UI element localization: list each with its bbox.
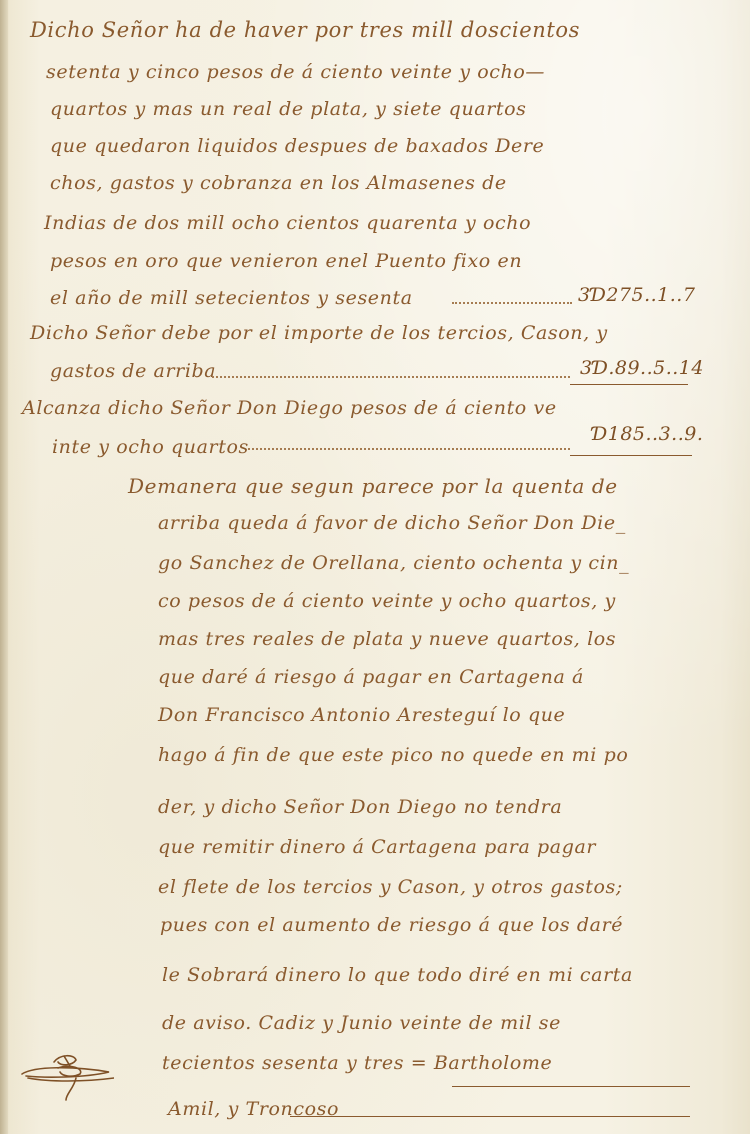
entry-debe-line-2: gastos de arriba (50, 360, 216, 382)
signature-underline (452, 1086, 690, 1087)
entry-debe-line-1: Dicho Señor debe por el importe de los t… (30, 322, 608, 344)
total-rule (570, 455, 692, 456)
amount-alcance: Ɗ185..3..9. (592, 423, 703, 445)
paragraph-line-10: que remitir dinero á Cartagena para paga… (158, 836, 596, 858)
paragraph-line-13: le Sobrará dinero lo que todo diré en mi… (162, 964, 633, 986)
paragraph-line-3: go Sanchez de Orellana, ciento ochenta y… (158, 552, 629, 574)
paragraph-line-2: arriba queda á favor de dicho Señor Don … (158, 512, 626, 534)
paragraph-line-8: hago á fin de que este pico no quede en … (158, 744, 628, 766)
entry-haber-line-3: quartos y mas un real de plata, y siete … (50, 98, 527, 120)
leader-dots (212, 376, 570, 378)
amount-haber: 3Ɗ275..1..7 (578, 284, 695, 306)
binding-edge (0, 0, 8, 1134)
entry-haber-line-6: Indias de dos mill ocho cientos quarenta… (44, 212, 531, 234)
signature-underline-2 (290, 1116, 690, 1117)
entry-haber-line-4: que quedaron liquidos despues de baxados… (50, 135, 544, 157)
leader-dots (452, 302, 572, 304)
entry-alcance-line-2: inte y ocho quartos (52, 436, 249, 458)
paragraph-line-11: el flete de los tercios y Cason, y otros… (158, 876, 623, 898)
manuscript-page: Dicho Señor ha de haver por tres mill do… (0, 0, 750, 1134)
paragraph-line-14: de aviso. Cadiz y Junio veinte de mil se (162, 1012, 561, 1034)
entry-haber-line-7: pesos en oro que venieron enel Puento fi… (50, 250, 522, 272)
entry-alcance-line-1: Alcanza dicho Señor Don Diego pesos de á… (22, 397, 557, 419)
paragraph-line-7: Don Francisco Antonio Aresteguí lo que (158, 704, 565, 726)
paragraph-line-6: que daré á riesgo á pagar en Cartagena á (158, 666, 584, 688)
entry-haber-line-5: chos, gastos y cobranza en los Almasenes… (50, 172, 507, 194)
paragraph-line-15: tecientos sesenta y tres = Bartholome (162, 1052, 552, 1074)
amount-debe: 3Ɗ.89..5..14 (580, 357, 704, 379)
paragraph-line-12: pues con el aumento de riesgo á que los … (160, 914, 623, 936)
paragraph-line-5: mas tres reales de plata y nueve quartos… (158, 628, 616, 650)
paragraph-line-4: co pesos de á ciento veinte y ocho quart… (158, 590, 616, 612)
entry-haber-line-8: el año de mill setecientos y sesenta (50, 287, 413, 309)
paragraph-line-9: der, y dicho Señor Don Diego no tendra (158, 796, 562, 818)
sum-rule (570, 384, 688, 385)
signature-flourish-icon (14, 1048, 114, 1108)
leader-dots (248, 448, 570, 450)
entry-haber-line-1: Dicho Señor ha de haver por tres mill do… (30, 18, 580, 42)
paragraph-line-1: Demanera que segun parece por la quenta … (128, 474, 618, 498)
entry-haber-line-2: setenta y cinco pesos de á ciento veinte… (46, 61, 545, 83)
